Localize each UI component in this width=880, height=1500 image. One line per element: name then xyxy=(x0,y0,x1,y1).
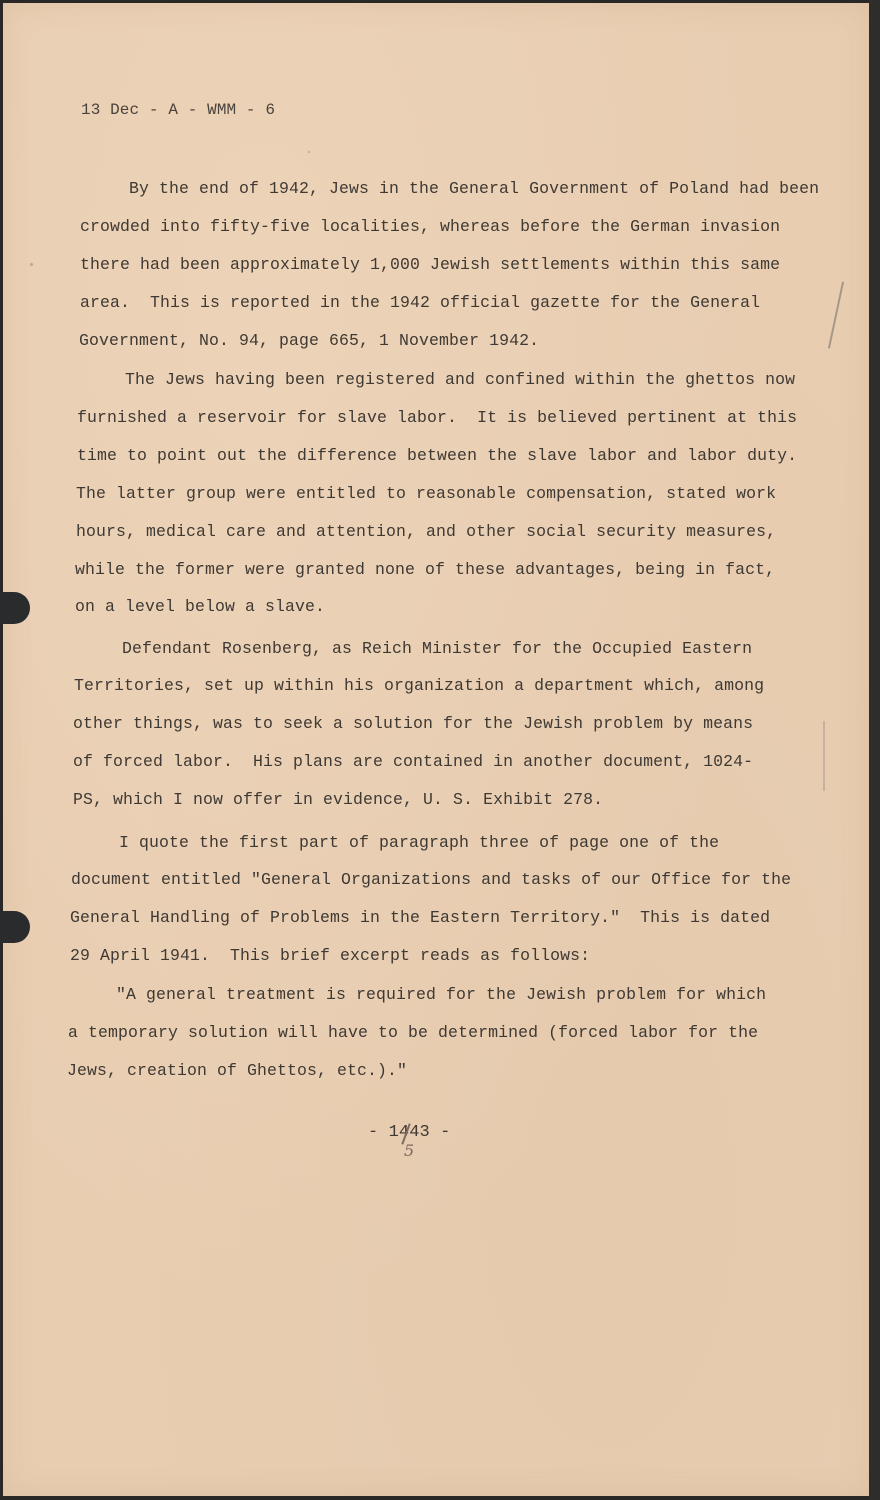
paper-fleck xyxy=(30,263,33,266)
text-line: Defendant Rosenberg, as Reich Minister f… xyxy=(122,639,752,658)
pencil-mark xyxy=(823,721,825,791)
scan-border xyxy=(869,0,880,1500)
text-line: I quote the first part of paragraph thre… xyxy=(119,833,719,852)
text-line: area. This is reported in the 1942 offic… xyxy=(80,293,760,312)
text-line: Territories, set up within his organizat… xyxy=(74,676,764,695)
text-line: crowded into fifty-five localities, wher… xyxy=(80,217,780,236)
paper-fleck xyxy=(308,151,310,153)
text-line: there had been approximately 1,000 Jewis… xyxy=(80,255,780,274)
handwritten-correction: 5 xyxy=(404,1141,414,1160)
document-page: 13 Dec - A - WMM - 6 By the end of 1942,… xyxy=(3,3,869,1496)
text-line: Government, No. 94, page 665, 1 November… xyxy=(79,331,539,350)
text-line: furnished a reservoir for slave labor. I… xyxy=(77,408,797,427)
text-line: Jews, creation of Ghettos, etc.)." xyxy=(67,1061,407,1080)
text-line: The latter group were entitled to reason… xyxy=(76,484,776,503)
text-line: on a level below a slave. xyxy=(75,597,325,616)
document-reference-header: 13 Dec - A - WMM - 6 xyxy=(81,101,275,119)
text-line: other things, was to seek a solution for… xyxy=(73,714,753,733)
text-line: a temporary solution will have to be det… xyxy=(68,1023,758,1042)
text-line: PS, which I now offer in evidence, U. S.… xyxy=(73,790,603,809)
punch-hole xyxy=(0,911,30,943)
text-line: "A general treatment is required for the… xyxy=(116,985,766,1004)
text-line: The Jews having been registered and conf… xyxy=(125,370,795,389)
text-line: hours, medical care and attention, and o… xyxy=(76,522,776,541)
punch-hole xyxy=(0,592,30,624)
text-line: time to point out the difference between… xyxy=(77,446,797,465)
pencil-mark xyxy=(828,282,844,349)
text-line: By the end of 1942, Jews in the General … xyxy=(129,179,819,198)
text-line: while the former were granted none of th… xyxy=(75,560,775,579)
text-line: 29 April 1941. This brief excerpt reads … xyxy=(70,946,590,965)
text-line: General Handling of Problems in the East… xyxy=(70,908,770,927)
text-line: document entitled "General Organizations… xyxy=(71,870,791,889)
text-line: of forced labor. His plans are contained… xyxy=(73,752,753,771)
